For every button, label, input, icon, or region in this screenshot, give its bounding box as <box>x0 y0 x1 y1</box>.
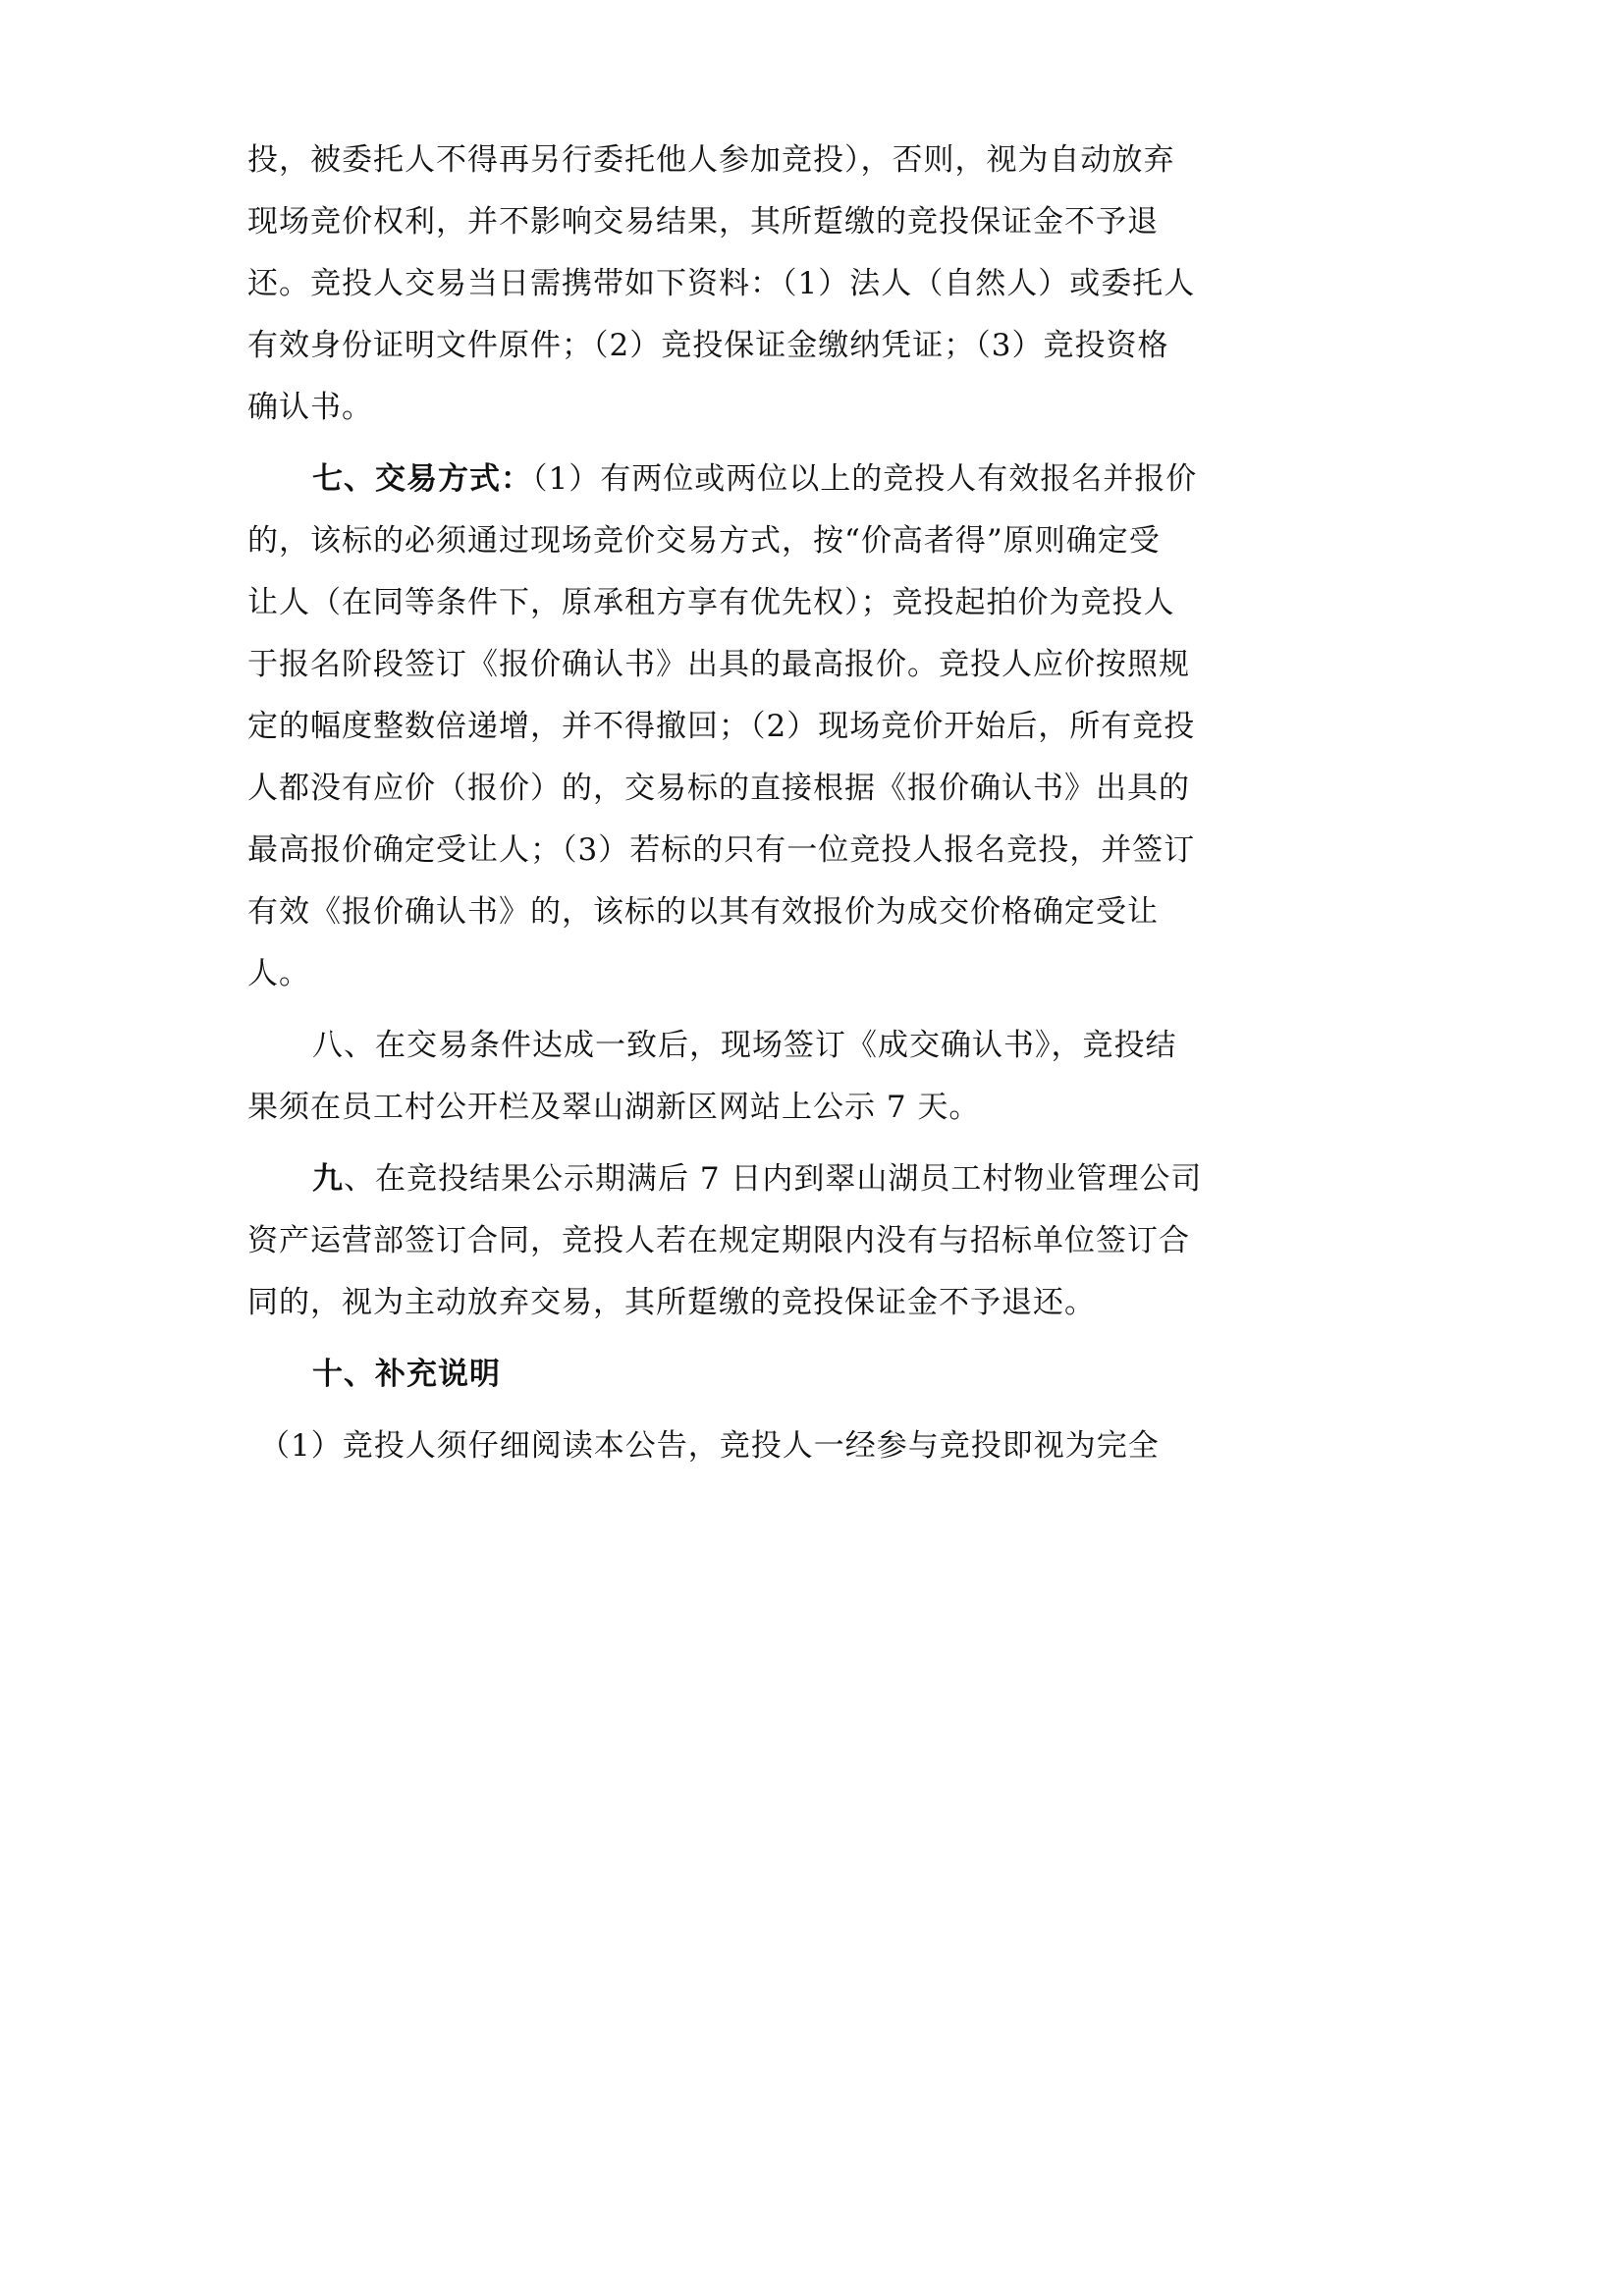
section-seven-first-line: 七、交易方式：（1）有两位或两位以上的竞投人有效报名并报价 <box>312 459 1197 499</box>
body-line: 资产运营部签订合同，竞投人若在规定期限内没有与招标单位签订合 <box>247 1221 1190 1260</box>
body-text: （1）有两位或两位以上的竞投人有效报名并报价 <box>532 461 1197 497</box>
body-line: 人。 <box>247 954 310 993</box>
section-ten-heading: 十、补充说明 <box>312 1355 501 1394</box>
body-line: 有效《报价确认书》的，该标的以其有效报价为成交价格确定受让 <box>247 892 1159 932</box>
section-nine-first-line: 九、在竞投结果公示期满后 7 日内到翠山湖员工村物业管理公司 <box>312 1159 1202 1199</box>
section-heading: 八、 <box>312 1028 375 1063</box>
section-heading: 九 <box>312 1161 344 1197</box>
body-line: 让人（在同等条件下，原承租方享有优先权）；竞投起拍价为竞投人 <box>247 583 1175 622</box>
body-line: 于报名阶段签订《报价确认书》出具的最高报价。竞投人应价按照规 <box>247 645 1190 684</box>
body-line: 投，被委托人不得再另行委托他人参加竞投），否则，视为自动放弃 <box>247 140 1175 180</box>
body-line: 人都没有应价（报价）的，交易标的直接根据《报价确认书》出具的 <box>247 769 1190 808</box>
body-line: 现场竞价权利，并不影响交易结果，其所踅缴的竞投保证金不予退 <box>247 202 1159 241</box>
body-line: 有效身份证明文件原件；（2）竞投保证金缴纳凭证；（3）竞投资格 <box>247 326 1168 365</box>
body-line: 同的，视为主动放弃交易，其所踅缴的竞投保证金不予退还。 <box>247 1283 1096 1322</box>
document-page: 投，被委托人不得再另行委托他人参加竞投），否则，视为自动放弃 现场竞价权利，并不… <box>0 0 1624 2296</box>
body-text: 在交易条件达成一致后，现场签订《成交确认书》，竞投结 <box>375 1028 1177 1063</box>
section-eight-first-line: 八、在交易条件达成一致后，现场签订《成交确认书》，竞投结 <box>312 1026 1177 1065</box>
section-heading: 七、交易方式： <box>312 461 532 497</box>
body-line: 果须在员工村公开栏及翠山湖新区网站上公示 7 天。 <box>247 1088 980 1127</box>
body-line: 最高报价确定受让人；（3）若标的只有一位竞投人报名竞投，并签订 <box>247 830 1195 870</box>
body-line: 还。竞投人交易当日需携带如下资料：（1）法人（自然人）或委托人 <box>247 264 1195 303</box>
body-text: 、在竞投结果公示期满后 7 日内到翠山湖员工村物业管理公司 <box>344 1161 1202 1197</box>
body-line: 确认书。 <box>247 388 373 427</box>
body-line: 定的幅度整数倍递增，并不得撤回；（2）现场竞价开始后，所有竞投 <box>247 707 1195 746</box>
body-line: 的，该标的必须通过现场竞价交易方式，按“价高者得”原则确定受 <box>247 521 1161 561</box>
body-line: （1）竞投人须仔细阅读本公告，竞投人一经参与竞投即视为完全 <box>259 1426 1160 1466</box>
